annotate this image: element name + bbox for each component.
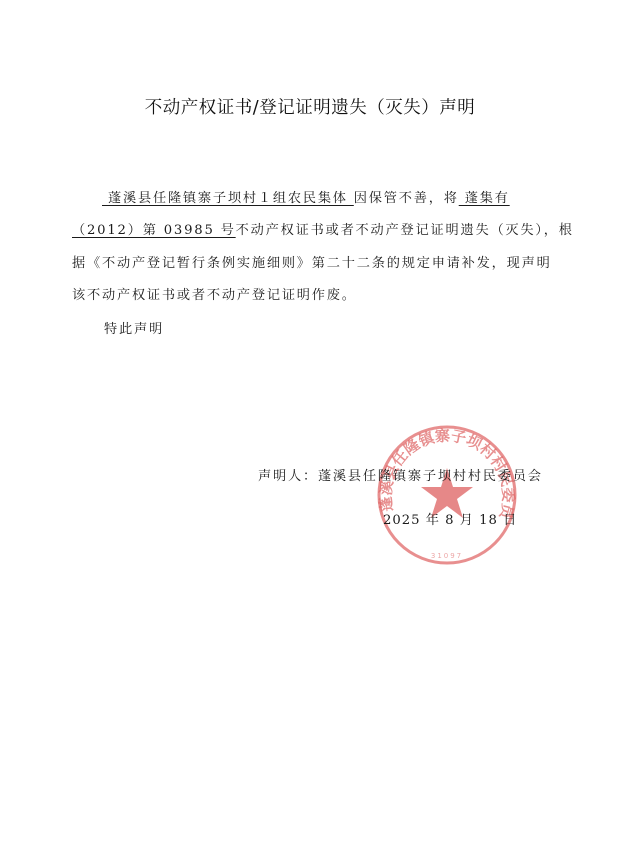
declaration-date: 2025 年 8 月 18 日 — [383, 509, 517, 528]
document-title: 不动产权证书/登记证明遗失（灭失）声明 — [0, 94, 620, 119]
body-text: 不动产权证书或者不动产登记证明遗失（灭失），根 — [236, 223, 574, 238]
seal-code: 31097 — [431, 552, 463, 560]
cert-number-part2: （2012）第 03985 号 — [72, 223, 236, 238]
body-line-3: 据《不动产登记暂行条例实施细则》第二十二条的规定申请补发，现声明 — [72, 252, 552, 271]
body-line-1: 蓬溪县任隆镇寨子坝村１组农民集体 因保管不善，将 蓬集有 — [72, 187, 510, 206]
closing-statement: 特此声明 — [104, 318, 164, 337]
official-seal-stamp: 蓬溪县任隆镇寨子坝村村民委员会 31097 — [372, 420, 522, 570]
body-line-4: 该不动产权证书或者不动产登记证明作废。 — [72, 284, 357, 303]
declarant-signature: 声明人：蓬溪县任隆镇寨子坝村村民委员会 — [258, 465, 543, 484]
cert-number-part1: 蓬集有 — [459, 191, 510, 206]
body-line-2: （2012）第 03985 号不动产权证书或者不动产登记证明遗失（灭失），根 — [72, 219, 574, 238]
owner-name: 蓬溪县任隆镇寨子坝村１组农民集体 — [102, 191, 354, 206]
body-text: 因保管不善，将 — [354, 191, 459, 206]
